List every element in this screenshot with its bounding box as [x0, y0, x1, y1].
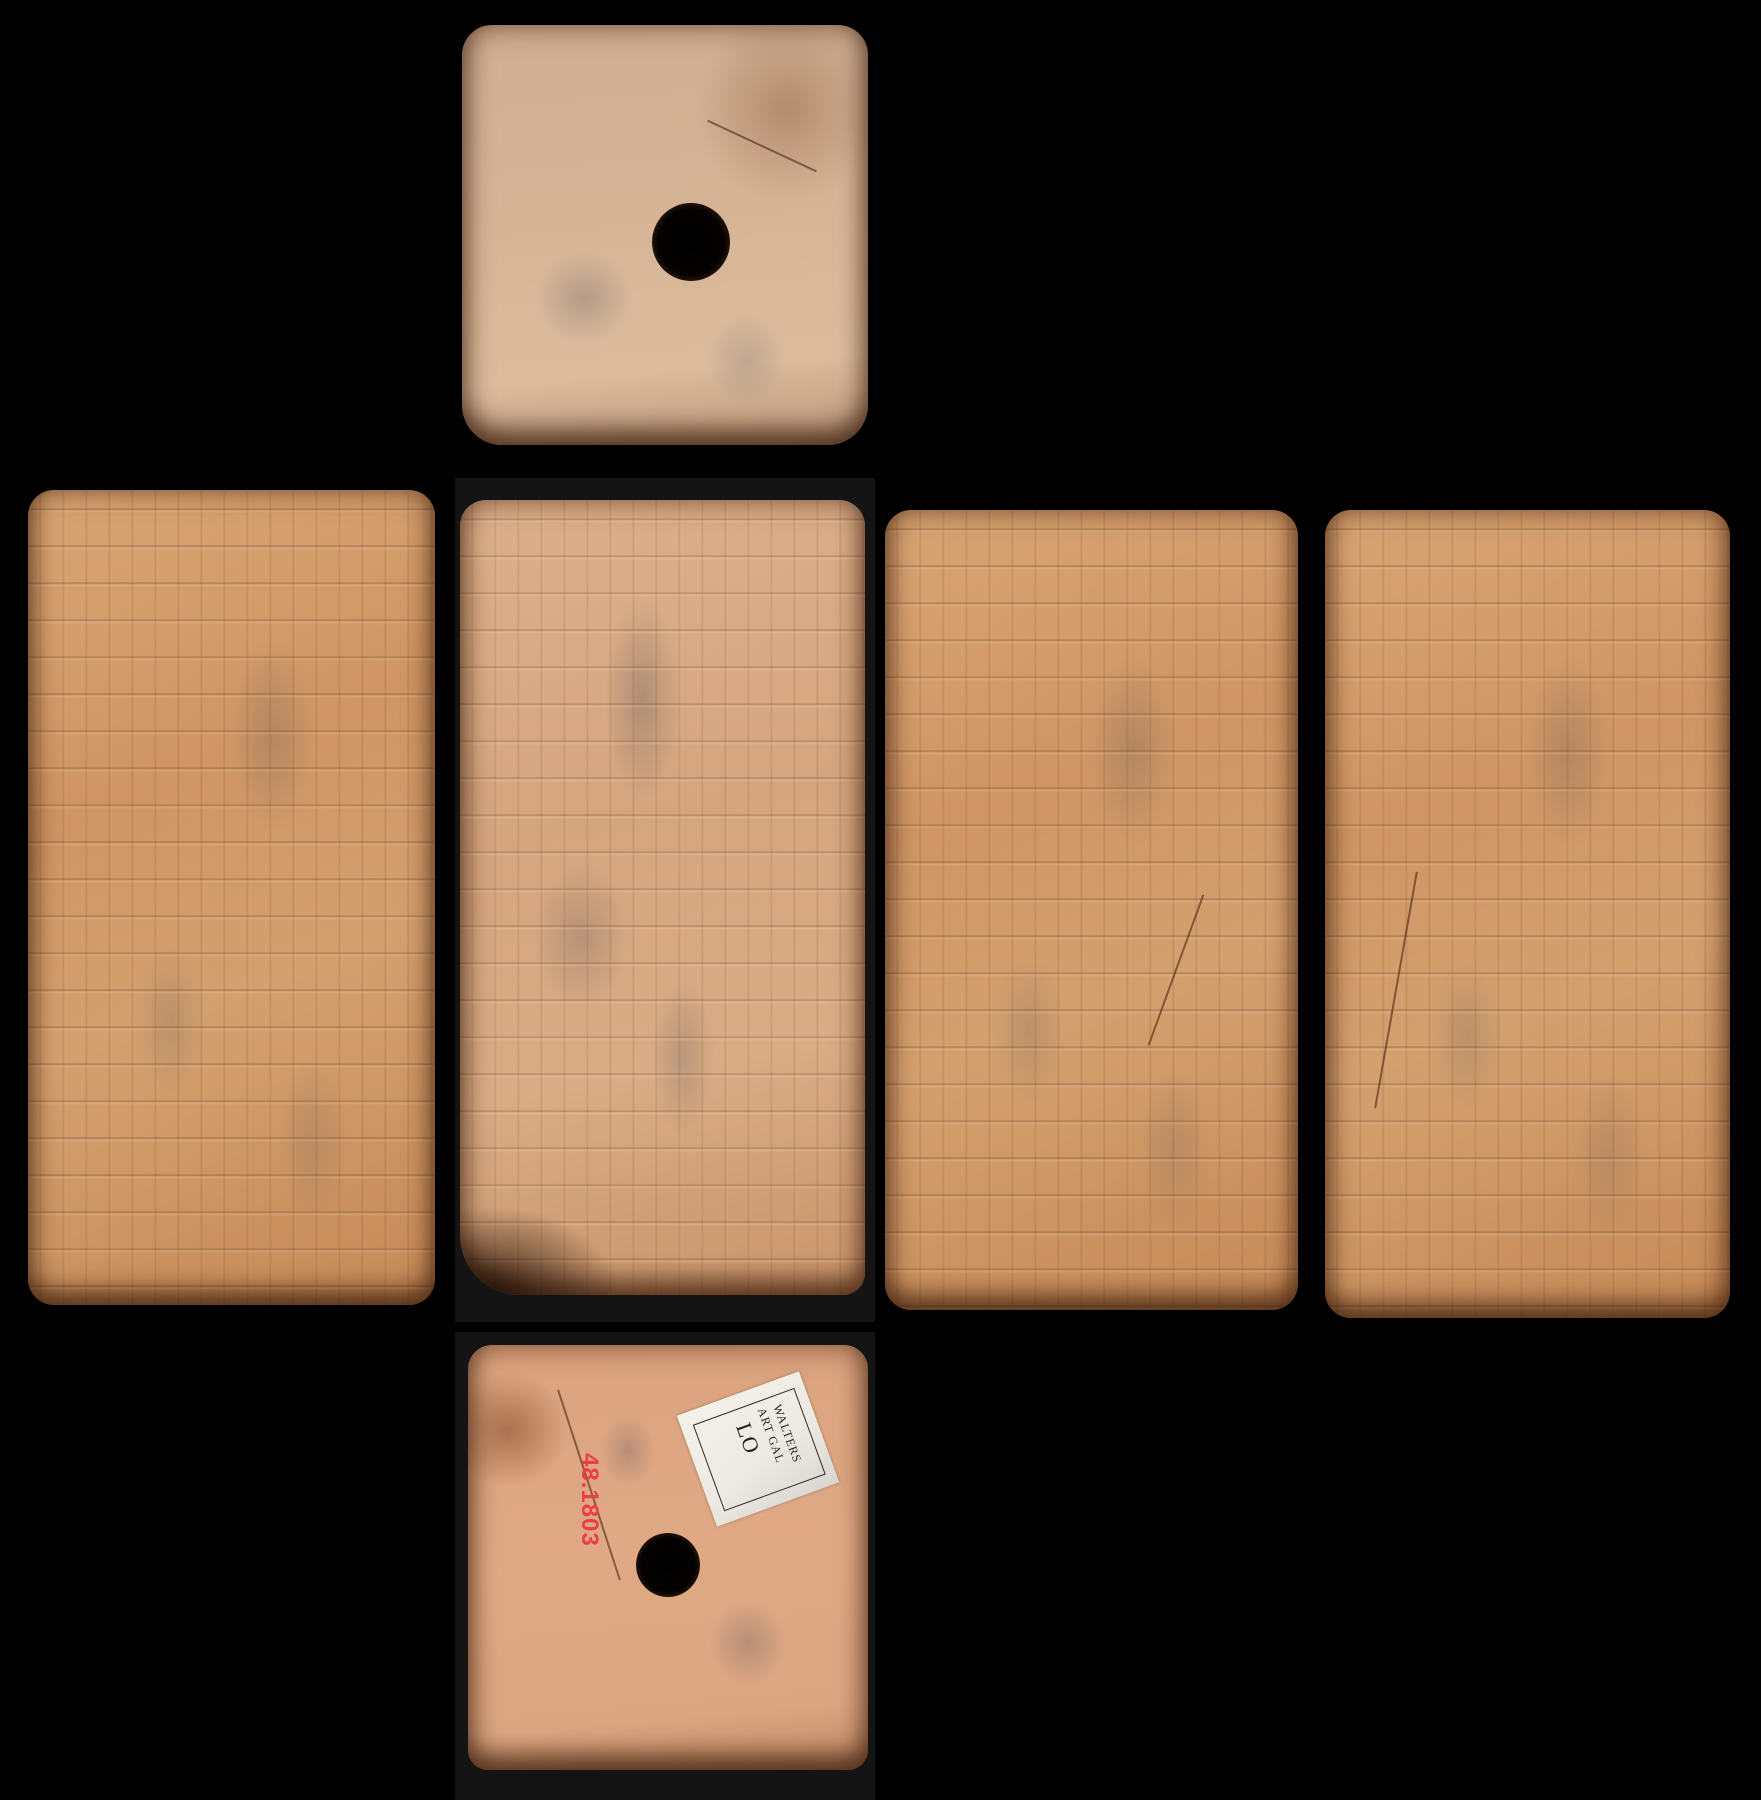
- surface-crack: [707, 120, 817, 173]
- prism-side-3: [885, 510, 1298, 1310]
- prism-side-2: [460, 500, 865, 1295]
- museum-label: WALTERS ART GAL LO: [677, 1371, 840, 1526]
- string-hole-bottom: [636, 1533, 700, 1597]
- prism-bottom-end: WALTERS ART GAL LO 48.1803: [468, 1345, 868, 1770]
- string-hole-top: [652, 203, 730, 281]
- chipped-corner: [460, 1205, 620, 1295]
- prism-side-1: [28, 490, 435, 1305]
- surface-crack: [1374, 872, 1418, 1109]
- prism-top-end: [462, 25, 868, 445]
- prism-side-4: [1325, 510, 1730, 1318]
- surface-crack: [1148, 894, 1205, 1045]
- accession-number: 48.1803: [575, 1453, 603, 1547]
